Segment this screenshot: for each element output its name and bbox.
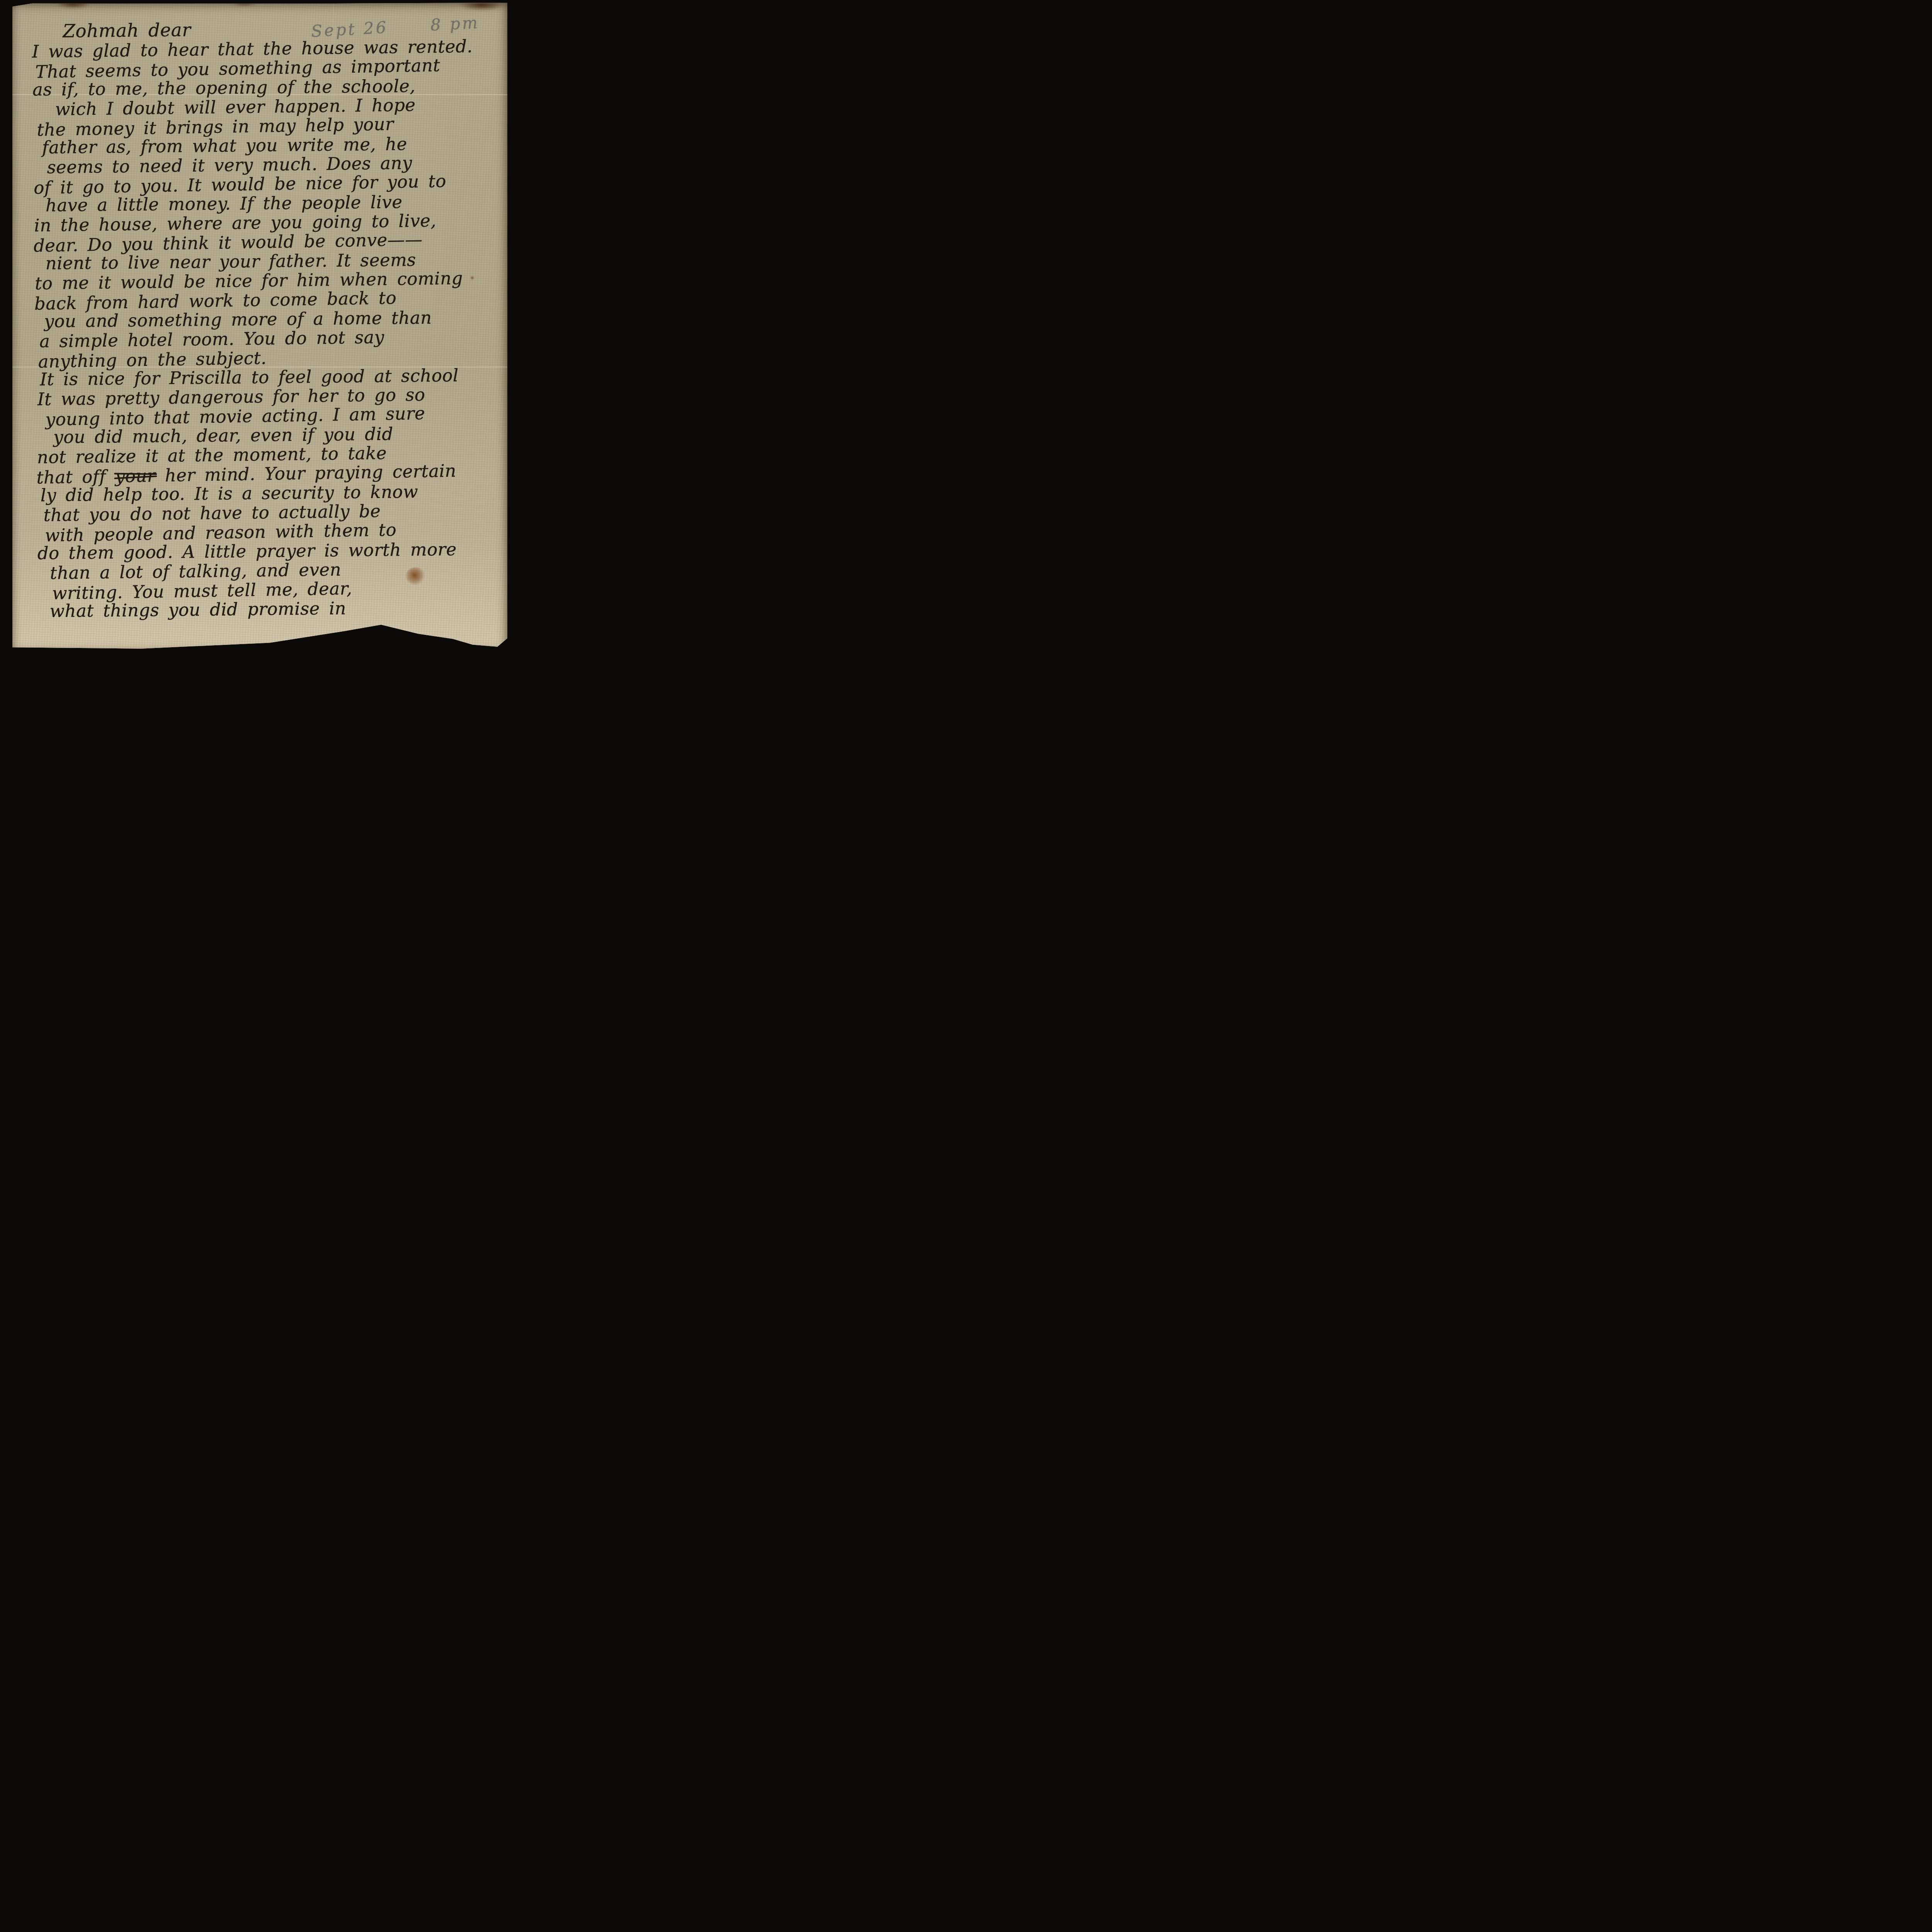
- letter-line-19: It is nice for Priscilla to feel good at…: [40, 366, 505, 389]
- struck-word: your: [115, 465, 156, 486]
- burn-mark-top-right: [459, 0, 505, 10]
- letter-paper: Sept 26 8 pm Zohmah dearI was glad to he…: [12, 3, 507, 650]
- letter-line-31: what things you did promise in: [49, 597, 507, 621]
- letter-body: Zohmah dearI was glad to hear that the h…: [31, 17, 508, 622]
- burn-mark-top-center: [230, 0, 258, 7]
- scan-background: Sept 26 8 pm Zohmah dearI was glad to he…: [0, 0, 512, 662]
- burn-mark-top-left: [54, 0, 92, 9]
- letter-line-28: do them good. A little prayer is worth m…: [37, 539, 507, 563]
